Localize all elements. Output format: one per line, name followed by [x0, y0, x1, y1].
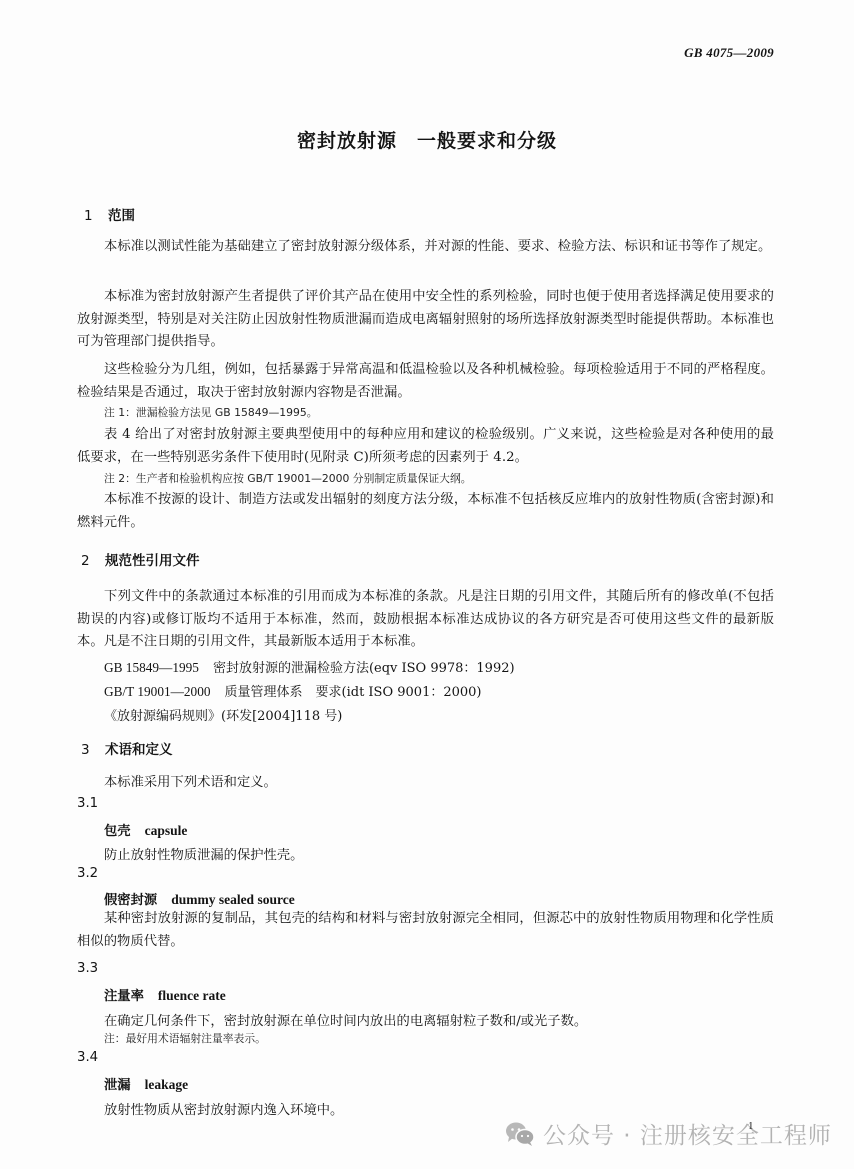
reference-code: GB/T 19001—2000 [104, 684, 211, 699]
paragraph: 本标准为密封放射源产生者提供了评价其产品在使用中安全性的系列检验，同时也便于使用… [77, 286, 774, 354]
term-en: dummy sealed source [171, 892, 295, 907]
section-number: 1 [84, 208, 108, 224]
section-title: 规范性引用文件 [105, 553, 200, 569]
paragraph: 表 4 给出了对密封放射源主要典型使用中的每种应用和建议的检验级别。广义来说，这… [77, 424, 774, 469]
term-en: capsule [145, 823, 188, 838]
watermark-text: 公众号 · 注册核安全工程师 [543, 1117, 832, 1150]
term-definition: 防止放射性物质泄漏的保护性壳。 [104, 844, 303, 863]
wechat-icon [505, 1121, 535, 1147]
term-note: 注：最好用术语辐射注量率表示。 [104, 1031, 266, 1046]
note: 注 1：泄漏检验方法见 GB 15849—1995。 [104, 405, 318, 420]
term-cn: 泄漏 [104, 1078, 131, 1093]
section-3-heading: 3术语和定义 [81, 738, 173, 758]
clause-number: 3.1 [77, 796, 98, 811]
term: 泄漏leakage [104, 1074, 188, 1093]
page-number: 1 [748, 1120, 754, 1132]
section-2-heading: 2规范性引用文件 [81, 549, 200, 569]
section-title: 范围 [108, 208, 135, 224]
clause-number: 3.2 [77, 866, 98, 881]
document-title: 密封放射源 一般要求和分级 [0, 126, 854, 153]
term-en: leakage [145, 1077, 189, 1092]
term-definition: 放射性物质从密封放射源内逸入环境中。 [104, 1099, 343, 1118]
reference-title: 《放射源编码规则》(环发[2004]118 号) [104, 709, 342, 724]
note: 注 2：生产者和检验机构应按 GB/T 19001—2000 分别制定质量保证大… [104, 471, 472, 486]
clause-number: 3.4 [77, 1050, 98, 1065]
term-cn: 注量率 [104, 989, 144, 1004]
clause-number: 3.3 [77, 961, 98, 976]
reference-item: GB/T 19001—2000质量管理体系 要求(idt ISO 9001：20… [104, 681, 482, 700]
term-en: fluence rate [158, 988, 226, 1003]
paragraph: 下列文件中的条款通过本标准的引用而成为本标准的条款。凡是注日期的引用文件，其随后… [77, 586, 774, 654]
paragraph: 本标准不按源的设计、制造方法或发出辐射的刻度方法分级，本标准不包括核反应堆内的放… [77, 489, 774, 534]
term-cn: 包壳 [104, 824, 131, 839]
reference-item: GB 15849—1995密封放射源的泄漏检验方法(eqv ISO 9978：1… [104, 657, 515, 676]
term: 包壳capsule [104, 820, 187, 839]
section-number: 2 [81, 553, 105, 569]
reference-item: 《放射源编码规则》(环发[2004]118 号) [104, 705, 342, 724]
term: 假密封源dummy sealed source [104, 889, 295, 908]
paragraph: 本标准以测试性能为基础建立了密封放射源分级体系，并对源的性能、要求、检验方法、标… [77, 236, 774, 259]
watermark: 公众号 · 注册核安全工程师 [505, 1117, 832, 1150]
paragraph: 这些检验分为几组，例如，包括暴露于异常高温和低温检验以及各种机械检验。每项检验适… [77, 359, 774, 404]
standard-code: GB 4075—2009 [684, 45, 774, 61]
term: 注量率fluence rate [104, 985, 226, 1004]
section-number: 3 [81, 742, 105, 758]
section-1-heading: 1范围 [84, 204, 135, 224]
section-title: 术语和定义 [105, 742, 173, 758]
term-cn: 假密封源 [104, 893, 157, 908]
reference-title: 密封放射源的泄漏检验方法(eqv ISO 9978：1992) [213, 661, 515, 676]
term-definition: 在确定几何条件下，密封放射源在单位时间内放出的电离辐射粒子数和/或光子数。 [104, 1010, 587, 1029]
reference-title: 质量管理体系 要求(idt ISO 9001：2000) [225, 685, 482, 700]
reference-code: GB 15849—1995 [104, 660, 199, 675]
term-definition: 某种密封放射源的复制品，其包壳的结构和材料与密封放射源完全相同，但源芯中的放射性… [77, 908, 774, 953]
section-intro: 本标准采用下列术语和定义。 [104, 771, 277, 790]
